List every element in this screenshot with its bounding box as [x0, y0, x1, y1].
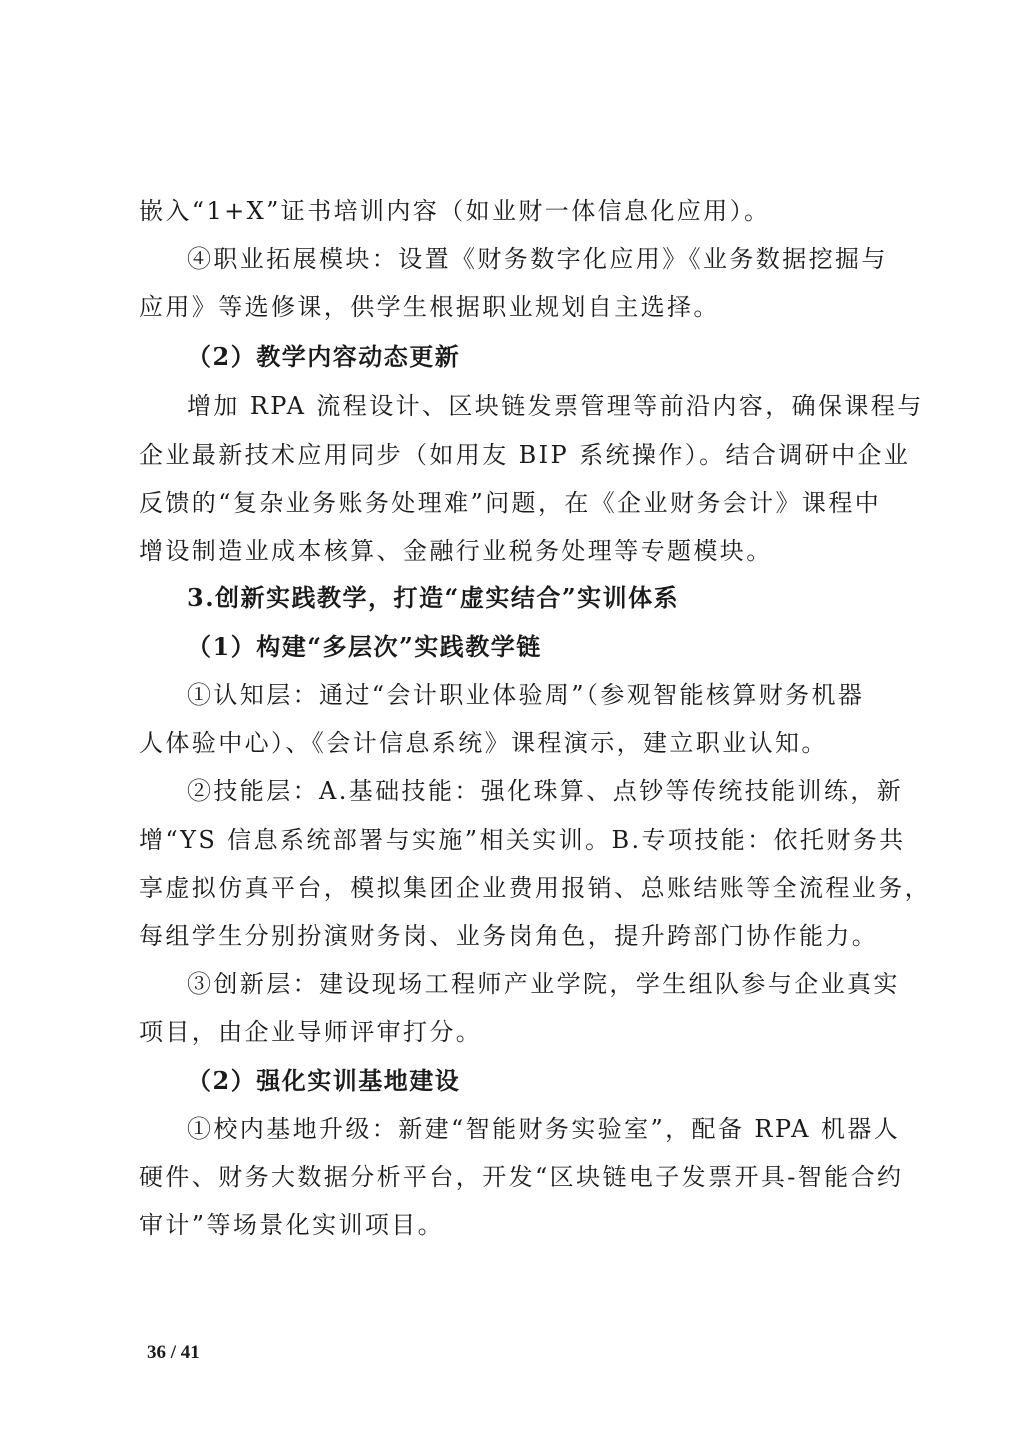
body-text-line: 审计”等场景化实训项目。 — [139, 1210, 899, 1240]
body-text-line: ①认知层：通过“会计职业体验周”（参观智能核算财务机器 — [187, 680, 947, 710]
body-text-line: ④职业拓展模块：设置《财务数字化应用》《业务数据挖掘与 — [187, 244, 947, 274]
body-text-line: 人体验中心）、《会计信息系统》课程演示，建立职业认知。 — [139, 728, 899, 758]
body-text-line: ②技能层：A.基础技能：强化珠算、点钞等传统技能训练，新 — [187, 776, 947, 806]
page-number: 36 / 41 — [147, 1342, 200, 1364]
body-text-line: ③创新层：建设现场工程师产业学院，学生组队参与企业真实 — [187, 969, 947, 999]
body-text-line: 增“YS 信息系统部署与实施”相关实训。B.专项技能：依托财务共 — [139, 825, 899, 855]
subsection-heading: （1）构建“多层次”实践教学链 — [187, 632, 947, 662]
subsection-heading: （2）强化实训基地建设 — [187, 1066, 947, 1096]
section-heading: 3.创新实践教学，打造“虚实结合”实训体系 — [187, 583, 947, 613]
body-text-line: 增加 RPA 流程设计、区块链发票管理等前沿内容，确保课程与 — [187, 391, 947, 421]
body-text-line: 享虚拟仿真平台，模拟集团企业费用报销、总账结账等全流程业务， — [139, 873, 899, 903]
body-text-line: 应用》等选修课，供学生根据职业规划自主选择。 — [139, 292, 899, 322]
body-text-line: 增设制造业成本核算、金融行业税务处理等专题模块。 — [139, 536, 899, 566]
body-text-line: ①校内基地升级：新建“智能财务实验室”，配备 RPA 机器人 — [187, 1114, 947, 1144]
body-text-line: 项目，由企业导师评审打分。 — [139, 1017, 899, 1047]
body-text-line: 硬件、财务大数据分析平台，开发“区块链电子发票开具-智能合约 — [139, 1162, 899, 1192]
document-page: 嵌入“1+X”证书培训内容（如业财一体信息化应用）。 ④职业拓展模块：设置《财务… — [0, 0, 1024, 1448]
body-text-line: 反馈的“复杂业务账务处理难”问题，在《企业财务会计》课程中 — [139, 488, 899, 518]
subsection-heading: （2）教学内容动态更新 — [187, 342, 947, 372]
body-text-line: 每组学生分别扮演财务岗、业务岗角色，提升跨部门协作能力。 — [139, 921, 899, 951]
body-text-line: 嵌入“1+X”证书培训内容（如业财一体信息化应用）。 — [139, 196, 899, 226]
body-text-line: 企业最新技术应用同步（如用友 BIP 系统操作）。结合调研中企业 — [139, 440, 899, 470]
